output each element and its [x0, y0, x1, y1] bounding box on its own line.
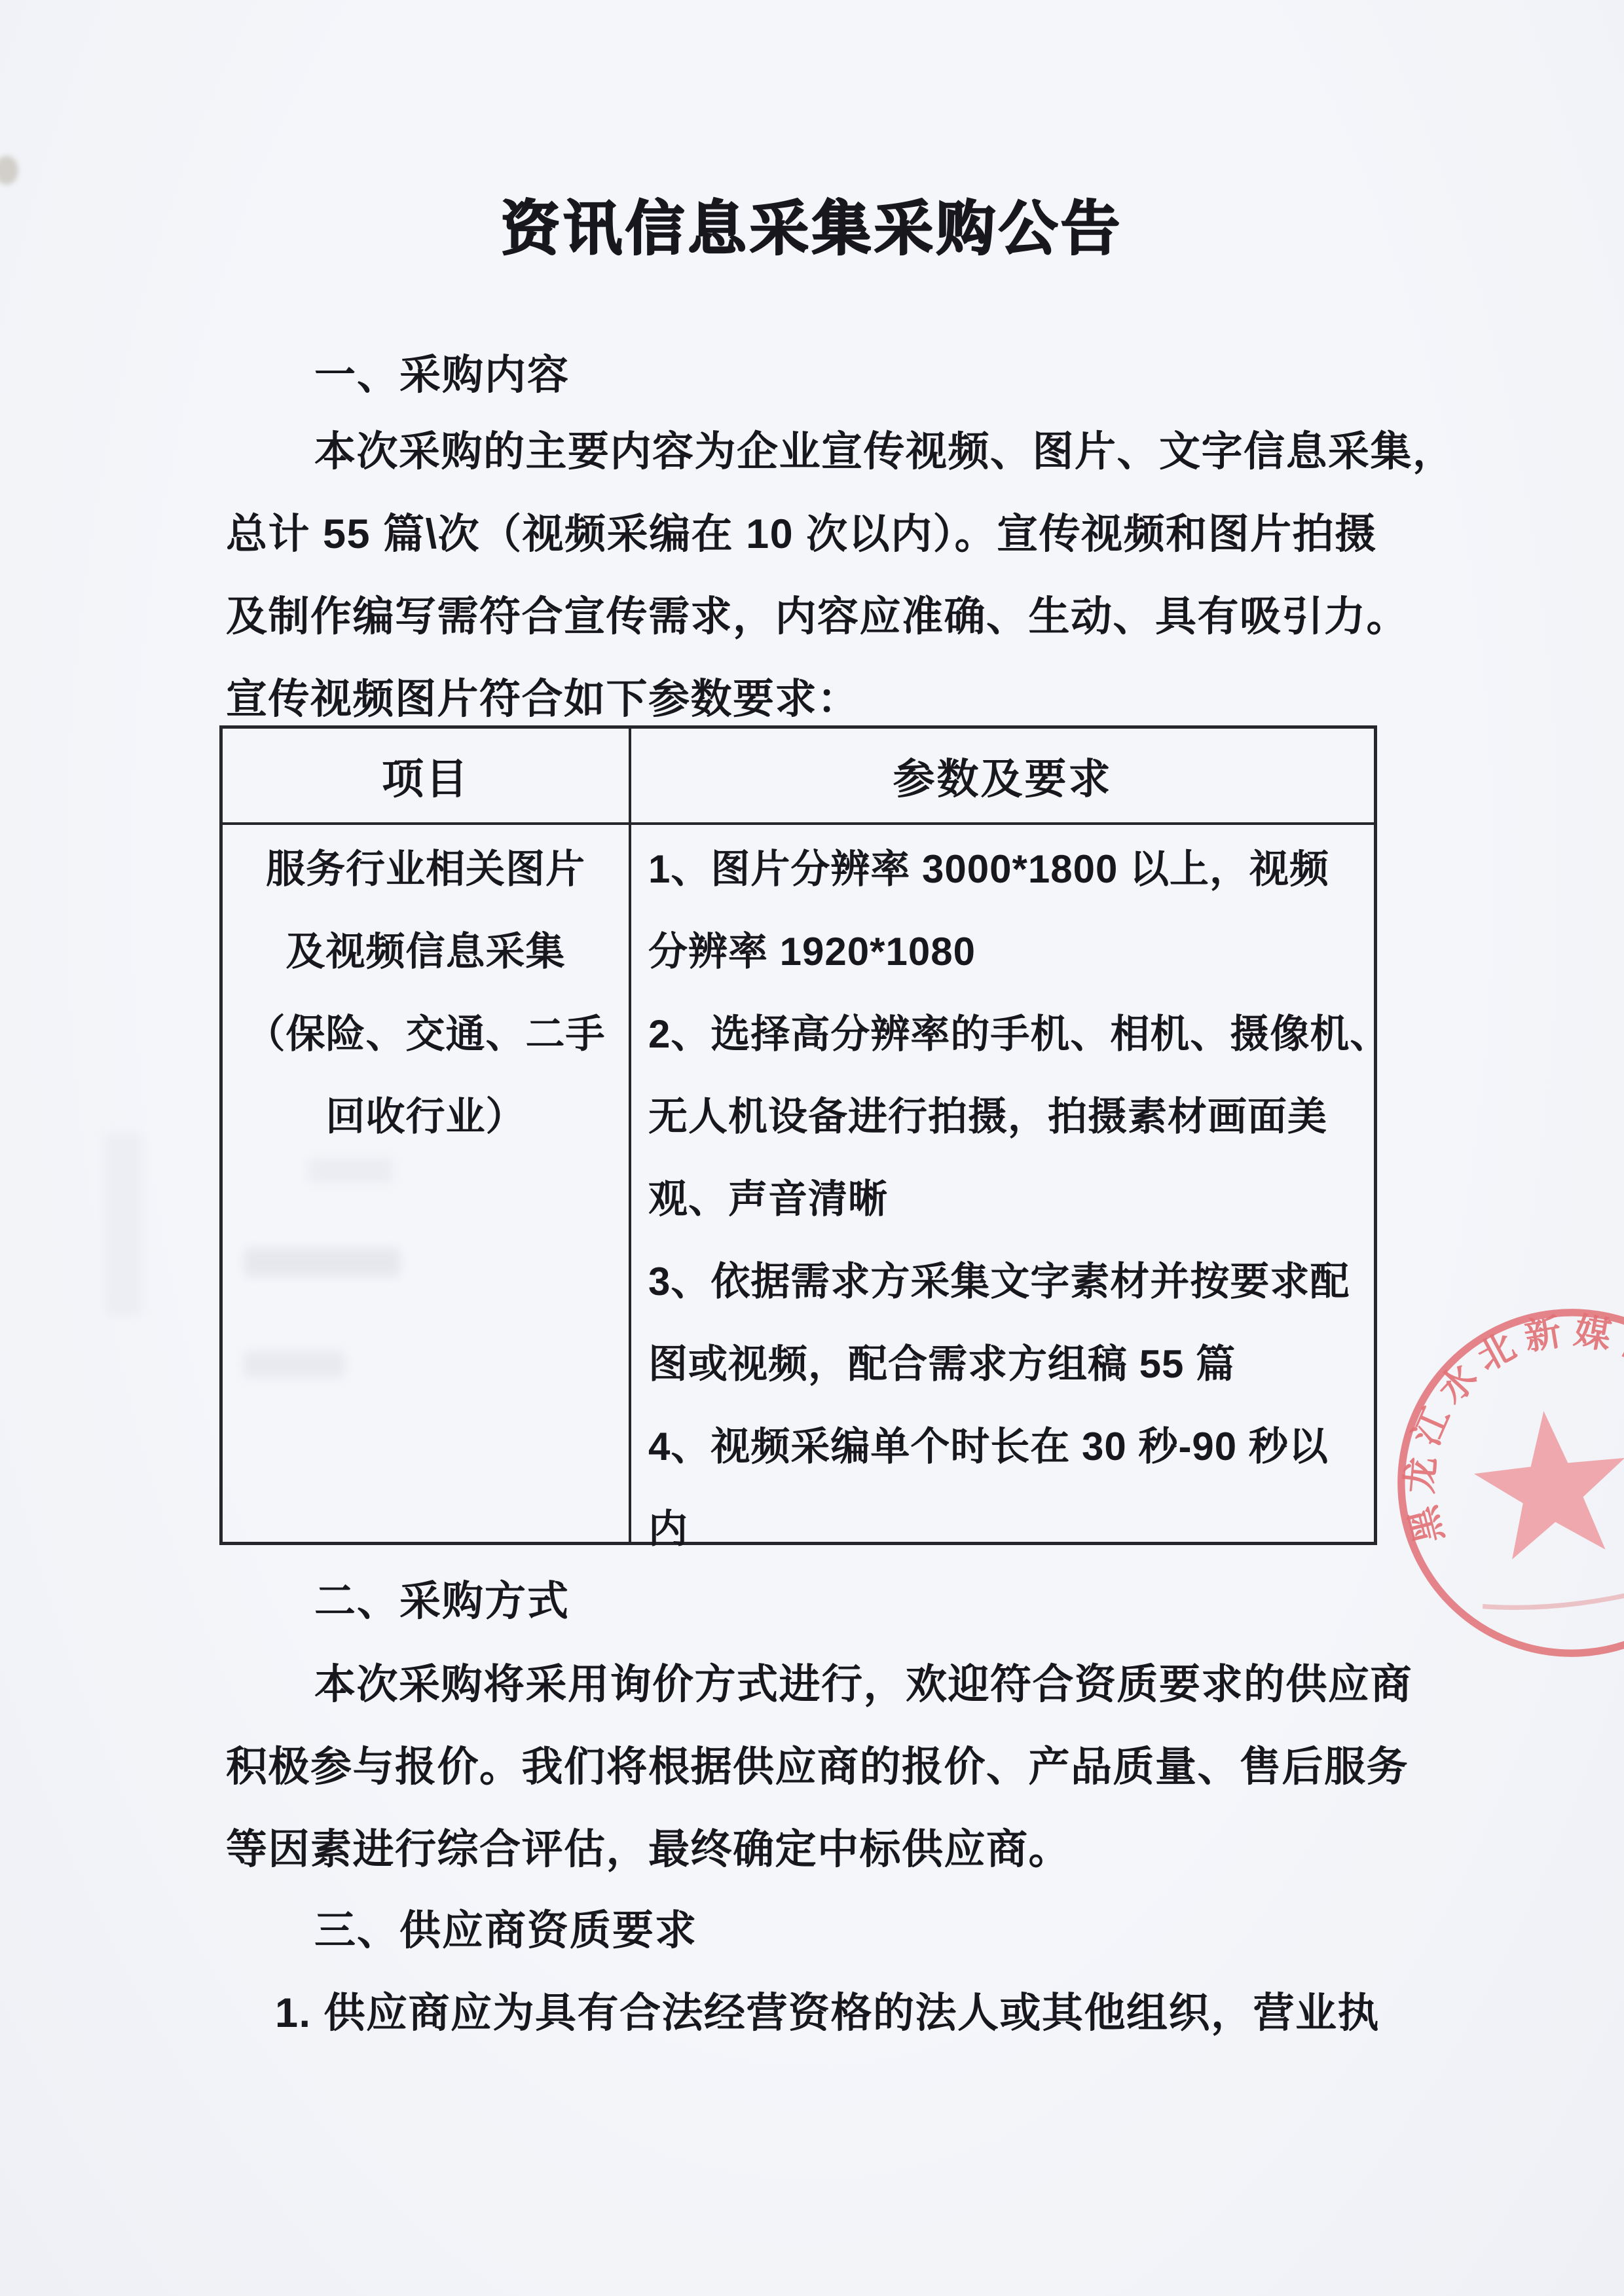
table-cell-line: 图或视频，配合需求方组稿 55 篇 — [648, 1343, 1390, 1386]
table-cell-line: 3、依据需求方采集文字素材并按要求配 — [648, 1260, 1390, 1303]
paragraph-line: 积极参与报价。我们将根据供应商的报价、产品质量、售后服务 — [226, 1745, 1412, 1789]
section1-paragraph: 本次采购的主要内容为企业宣传视频、图片、文字信息采集， 总计 55 篇\次（视频… — [226, 430, 1455, 760]
table-cell-line: 4、视频采编单个时长在 30 秒-90 秒以 — [648, 1425, 1390, 1468]
section1-heading: 一、采购内容 — [314, 354, 570, 397]
table-cell-line: 无人机设备进行拍摄，拍摄素材画面美 — [648, 1095, 1390, 1139]
paragraph-line: 1. 供应商应为具有合法经营资格的法人或其他组织，营业执 — [275, 1992, 1380, 2035]
paragraph-line: 总计 55 篇\次（视频采编在 10 次以内）。宣传视频和图片拍摄 — [226, 513, 1455, 556]
table-cell-requirements: 1、图片分辨率 3000*1800 以上，视频 分辨率 1920*1080 2、… — [631, 825, 1390, 1542]
paragraph-line: 等因素进行综合评估，最终确定中标供应商。 — [226, 1828, 1412, 1871]
table-cell-project: 服务行业相关图片 及视频信息采集 （保险、交通、二手 回收行业） — [223, 825, 631, 1542]
table-header-project: 项目 — [223, 729, 631, 822]
document-page: 资讯信息采集采购公告 一、采购内容 本次采购的主要内容为企业宣传视频、图片、文字… — [0, 0, 1624, 2296]
paragraph-line: 宣传视频图片符合如下参数要求： — [226, 678, 1455, 721]
bleedthrough-ghost — [105, 1133, 143, 1316]
table-cell-line: 及视频信息采集 — [223, 930, 629, 974]
official-seal-stamp: 黑龙江水北新媒信息公 — [1341, 1252, 1624, 1713]
section3-paragraph: 1. 供应商应为具有合法经营资格的法人或其他组织，营业执 — [275, 1992, 1380, 2074]
table-cell-line: 回收行业） — [223, 1095, 629, 1139]
paragraph-line: 本次采购的主要内容为企业宣传视频、图片、文字信息采集， — [314, 430, 1455, 473]
table-cell-line: 内 — [648, 1508, 1390, 1551]
table-cell-line: 观、声音清晰 — [648, 1178, 1390, 1221]
spec-table-header-row: 项目 参数及要求 — [223, 729, 1374, 825]
section2-heading: 二、采购方式 — [314, 1580, 570, 1623]
table-cell-line: 分辨率 1920*1080 — [648, 930, 1390, 974]
section2-paragraph: 本次采购将采用询价方式进行，欢迎符合资质要求的供应商 积极参与报价。我们将根据供… — [226, 1663, 1412, 1910]
paper-smudge — [0, 156, 18, 185]
table-cell-line: 1、图片分辨率 3000*1800 以上，视频 — [648, 848, 1390, 891]
spec-table: 项目 参数及要求 服务行业相关图片 及视频信息采集 （保险、交通、二手 回收行业… — [219, 725, 1377, 1545]
table-header-requirements: 参数及要求 — [631, 729, 1374, 822]
seal-lower-mark — [1482, 1577, 1624, 1614]
section3-heading: 三、供应商资质要求 — [314, 1909, 697, 1952]
table-cell-line: 服务行业相关图片 — [223, 848, 629, 891]
star-icon — [1468, 1403, 1624, 1562]
document-title: 资讯信息采集采购公告 — [0, 194, 1624, 264]
table-cell-line: 2、选择高分辨率的手机、相机、摄像机、 — [648, 1013, 1390, 1056]
spec-table-body-row: 服务行业相关图片 及视频信息采集 （保险、交通、二手 回收行业） 1、图片分辨率… — [223, 825, 1374, 1542]
table-cell-line: （保险、交通、二手 — [223, 1013, 629, 1056]
paragraph-line: 本次采购将采用询价方式进行，欢迎符合资质要求的供应商 — [314, 1663, 1412, 1706]
paragraph-line: 及制作编写需符合宣传需求，内容应准确、生动、具有吸引力。 — [226, 595, 1455, 638]
